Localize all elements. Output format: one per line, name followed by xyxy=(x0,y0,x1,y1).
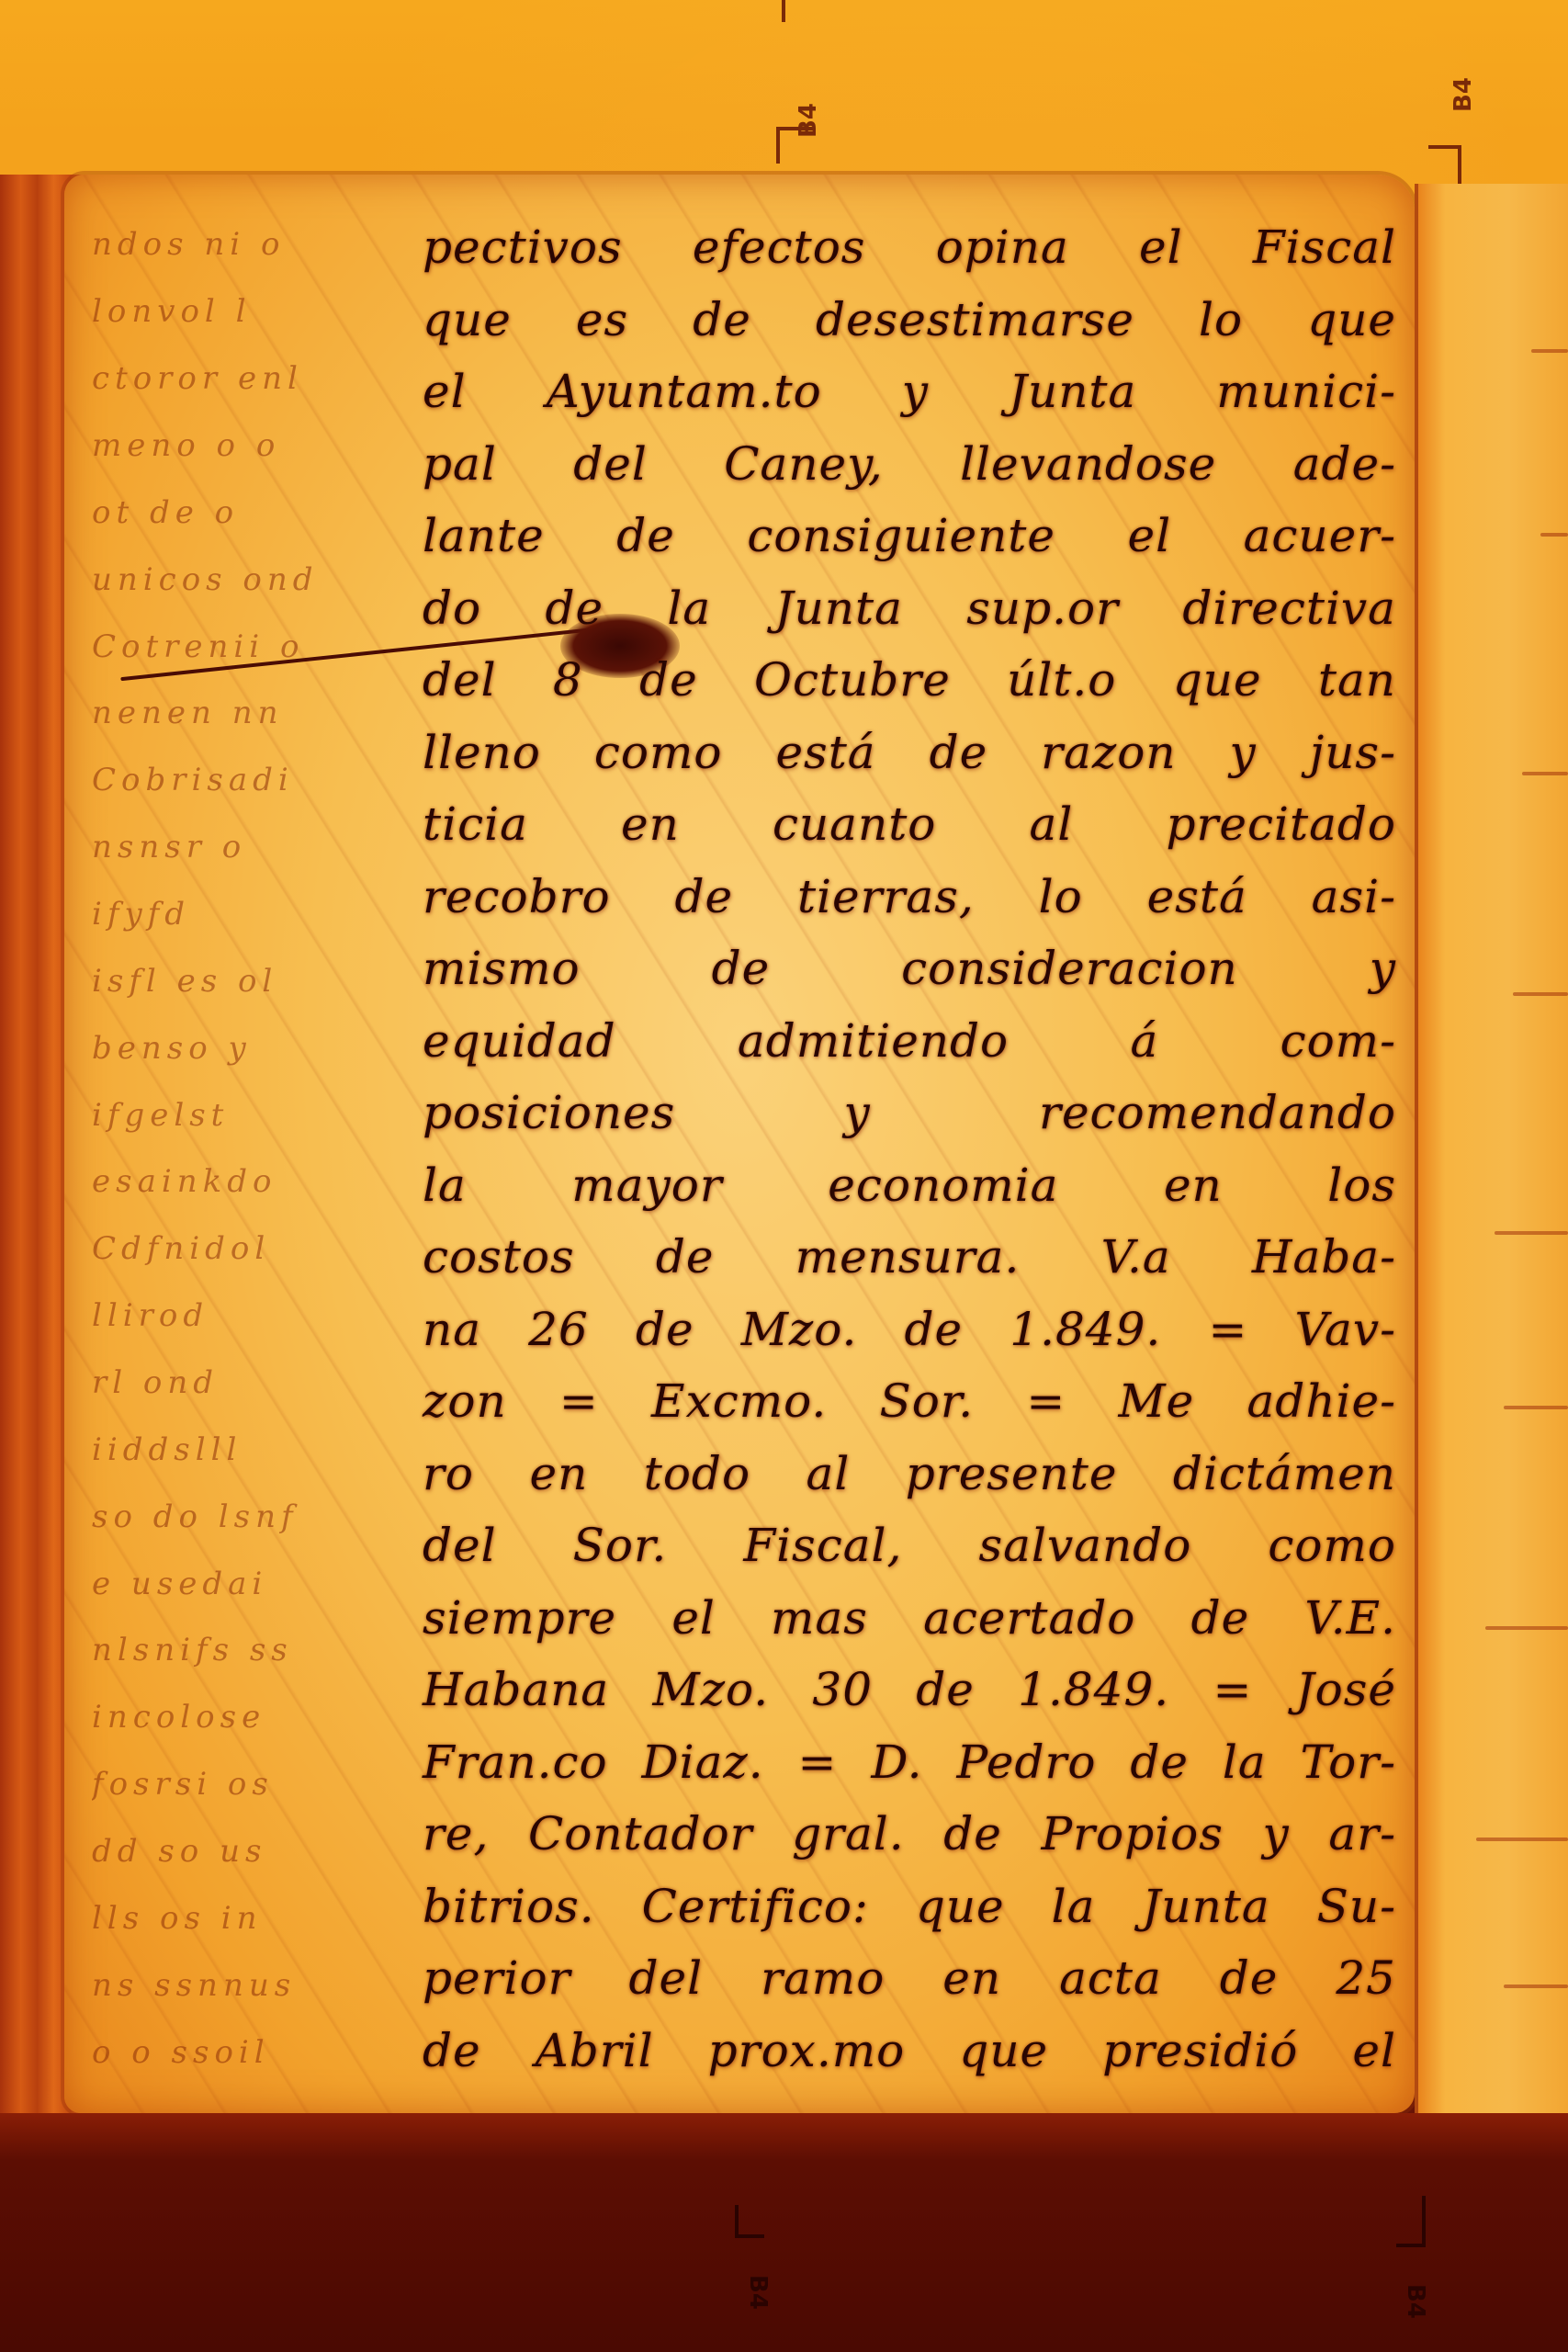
text-line: la mayor economia en los xyxy=(423,1149,1396,1222)
ghost-line: meno o o xyxy=(92,413,404,480)
text-line: del Sor. Fiscal, salvando como xyxy=(423,1510,1396,1582)
ghost-line: unicos ond xyxy=(92,546,404,613)
text-line: bitrios. Certifico: que la Junta Su- xyxy=(423,1871,1396,1943)
faint-ink-mark xyxy=(1522,772,1568,775)
ghost-line: lonvol l xyxy=(92,278,404,345)
text-line: recobro de tierras, lo está asi- xyxy=(423,861,1396,933)
ghost-line: iiddslll xyxy=(92,1416,404,1483)
ghost-line: fosrsi os xyxy=(92,1751,404,1818)
text-line: Habana Mzo. 30 de 1.849. = José xyxy=(423,1654,1396,1726)
faint-ink-mark xyxy=(1513,992,1568,996)
faint-ink-mark xyxy=(1485,1626,1568,1630)
text-line: re, Contador gral. de Propios y ar- xyxy=(423,1798,1396,1871)
ghost-line: nlsnifs ss xyxy=(92,1617,404,1684)
ghost-line: llirod xyxy=(92,1283,404,1350)
ghost-line: ctoror enl xyxy=(92,345,404,413)
text-line: que es de desestimarse lo que xyxy=(423,284,1396,356)
ghost-line: incolose xyxy=(92,1684,404,1751)
ghost-line: so do lsnf xyxy=(92,1483,404,1550)
text-line: del 8 de Octubre últ.o que tan xyxy=(423,644,1396,717)
manuscript-text: pectivos efectos opina el Fiscal que es … xyxy=(423,211,1396,2086)
ghost-line: ot de o xyxy=(92,479,404,546)
ghost-line: Cobrisadi xyxy=(92,747,404,814)
ghost-line: esainkdo xyxy=(92,1148,404,1216)
text-line: perior del ramo en acta de 25 xyxy=(423,1942,1396,2015)
text-line: zon = Excmo. Sor. = Me adhie- xyxy=(423,1365,1396,1438)
ghost-line: benso y xyxy=(92,1014,404,1081)
text-line: ro en todo al presente dictámen xyxy=(423,1438,1396,1510)
text-line: costos de mensura. V.a Haba- xyxy=(423,1221,1396,1294)
ghost-line: isfl es ol xyxy=(92,947,404,1014)
ghost-line: ndos ni o xyxy=(92,211,404,278)
text-line: lante de consiguiente el acuer- xyxy=(423,500,1396,572)
previous-page-ghost-text: ndos ni o lonvol l ctoror enl meno o o o… xyxy=(92,211,404,2086)
text-line: de Abril prox.mo que presidió el xyxy=(423,2015,1396,2087)
faint-ink-mark xyxy=(1540,533,1568,537)
top-ruler-tick xyxy=(782,0,785,22)
ghost-line: o o ssoil xyxy=(92,2018,404,2086)
text-line: na 26 de Mzo. de 1.849. = Vav- xyxy=(423,1294,1396,1366)
text-line: siempre el mas acertado de V.E. xyxy=(423,1582,1396,1655)
faint-ink-mark xyxy=(1531,349,1568,353)
ghost-line: e usedai xyxy=(92,1550,404,1617)
text-line: mismo de consideracion y xyxy=(423,933,1396,1005)
ghost-line: nenen nn xyxy=(92,680,404,747)
crop-marker-label: B4 xyxy=(744,2275,772,2310)
corner-bracket-icon xyxy=(735,2205,764,2238)
text-line: lleno como está de razon y jus- xyxy=(423,717,1396,789)
faint-ink-mark xyxy=(1504,1406,1568,1409)
ghost-line: ns ssnnus xyxy=(92,1951,404,2018)
text-line: do de la Junta sup.or directiva xyxy=(423,572,1396,645)
manuscript-page: ndos ni o lonvol l ctoror enl meno o o o… xyxy=(64,175,1415,2113)
crop-marker-label: B4 xyxy=(1402,2284,1429,2319)
faint-ink-mark xyxy=(1504,1984,1568,1988)
ghost-line: Cdfnidol xyxy=(92,1216,404,1283)
ghost-line: lls os in xyxy=(92,1884,404,1951)
crop-marker-label: B4 xyxy=(1450,77,1477,112)
text-line: pal del Caney, llevandose ade- xyxy=(423,428,1396,501)
text-line: pectivos efectos opina el Fiscal xyxy=(423,211,1396,284)
faint-ink-mark xyxy=(1476,1837,1568,1841)
text-line: el Ayuntam.to y Junta munici- xyxy=(423,356,1396,428)
ghost-line: rl ond xyxy=(92,1350,404,1417)
faint-ink-mark xyxy=(1495,1231,1568,1235)
ghost-line: nsnsr o xyxy=(92,814,404,881)
ghost-line: ifgelst xyxy=(92,1081,404,1148)
text-line: equidad admitiendo á com- xyxy=(423,1005,1396,1078)
corner-bracket-icon xyxy=(1396,2196,1426,2247)
scanner-bed-shadow: B4 B4 xyxy=(0,2113,1568,2352)
ghost-line: ifyfd xyxy=(92,881,404,948)
text-line: Fran.co Diaz. = D. Pedro de la Tor- xyxy=(423,1726,1396,1799)
facing-page-edge xyxy=(1415,184,1568,2141)
ghost-line: Cotrenii o xyxy=(92,613,404,680)
ghost-line: dd so us xyxy=(92,1818,404,1885)
crop-marker-label: B4 xyxy=(795,103,822,138)
text-line: posiciones y recomendando xyxy=(423,1077,1396,1149)
text-line: ticia en cuanto al precitado xyxy=(423,788,1396,861)
